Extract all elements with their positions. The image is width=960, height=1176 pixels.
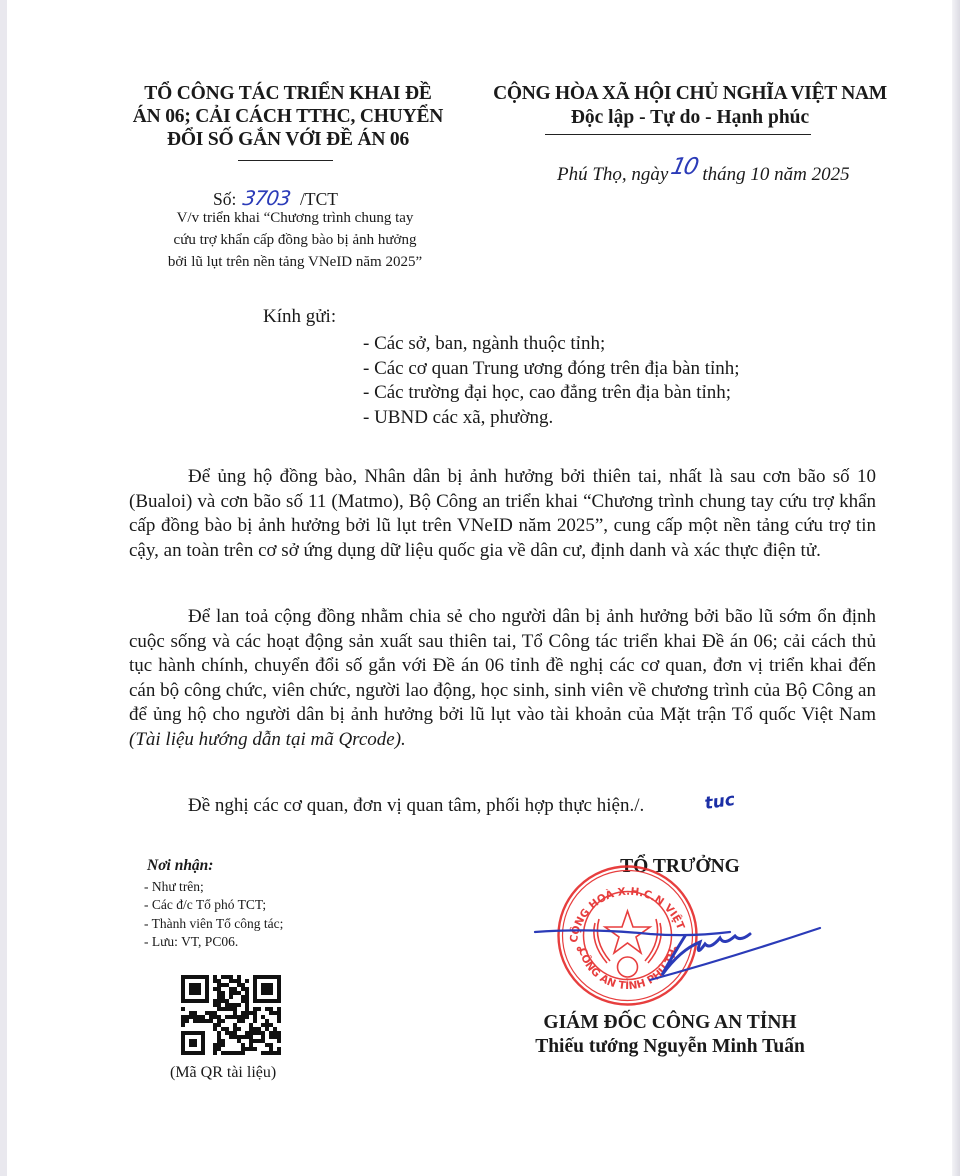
recipient-list: - Các sở, ban, ngành thuộc tỉnh; - Các c… [363,332,740,430]
distribution-item: - Lưu: VT, PC06. [144,933,283,951]
date-prefix: Phú Thọ, ngày [557,164,668,185]
handwritten-signature-icon [530,920,830,990]
page-edge-left [0,0,7,1176]
national-title: CỘNG HÒA XÃ HỘI CHỦ NGHĨA VIỆT NAM [470,82,910,105]
salutation: Kính gửi: [263,306,336,328]
document-subject: V/v triển khai “Chương trình chung tay c… [120,207,470,273]
national-motto: Độc lập - Tự do - Hạnh phúc [470,106,910,129]
signer-role: GIÁM ĐỐC CÔNG AN TỈNH [480,1012,860,1034]
subject-line: V/v triển khai “Chương trình chung tay [120,207,470,229]
issuing-organization: TỔ CÔNG TÁC TRIỂN KHAI ĐỀ ÁN 06; CẢI CÁC… [108,82,468,151]
body-paragraph-2: Để lan toả cộng đồng nhằm chia sẻ cho ng… [129,605,876,753]
recipient-item: - UBND các xã, phường. [363,406,740,431]
motto-divider [545,134,811,135]
recipient-item: - Các trường đại học, cao đẳng trên địa … [363,381,740,406]
distribution-item: - Như trên; [144,878,283,896]
document-number-label: Số: [213,189,236,209]
signer-name: Thiếu tướng Nguyễn Minh Tuấn [480,1036,860,1058]
place-and-date: Phú Thọ, ngày10 tháng 10 năm 2025 [557,160,850,186]
organization-line: ÁN 06; CẢI CÁCH TTHC, CHUYỂN [108,105,468,128]
body-paragraph-1: Để ủng hộ đồng bào, Nhân dân bị ảnh hưởn… [129,465,876,563]
organization-line: ĐỔI SỐ GẮN VỚI ĐỀ ÁN 06 [108,128,468,151]
initial-mark: tuc [645,788,737,825]
document-number-suffix: /TCT [300,189,338,209]
organization-line: TỔ CÔNG TÁC TRIỂN KHAI ĐỀ [108,82,468,105]
closing-request: Đề nghị các cơ quan, đơn vị quan tâm, ph… [188,795,644,816]
page-edge-right [952,0,960,1176]
distribution-title: Nơi nhận: [147,857,213,875]
qr-guide-note: (Tài liệu hướng dẫn tại mã Qrcode). [129,729,406,750]
organization-divider [238,160,333,161]
recipient-item: - Các sở, ban, ngành thuộc tỉnh; [363,332,740,357]
distribution-item: - Thành viên Tổ công tác; [144,915,283,933]
date-suffix: tháng 10 năm 2025 [702,164,849,185]
subject-line: cứu trợ khẩn cấp đồng bào bị ảnh hưởng [120,229,470,251]
qr-caption: (Mã QR tài liệu) [170,1064,276,1082]
date-day-handwritten: 10 [669,154,700,180]
qr-code-icon[interactable] [181,975,281,1055]
distribution-list: - Như trên; - Các đ/c Tổ phó TCT; - Thàn… [144,878,283,951]
paragraph-2-text: Để lan toả cộng đồng nhằm chia sẻ cho ng… [129,606,876,725]
body-paragraph-3: Đề nghị các cơ quan, đơn vị quan tâm, ph… [129,794,876,819]
subject-line: bởi lũ lụt trên nền tảng VNeID năm 2025” [120,251,470,273]
recipient-item: - Các cơ quan Trung ương đóng trên địa b… [363,357,740,382]
distribution-item: - Các đ/c Tổ phó TCT; [144,896,283,914]
